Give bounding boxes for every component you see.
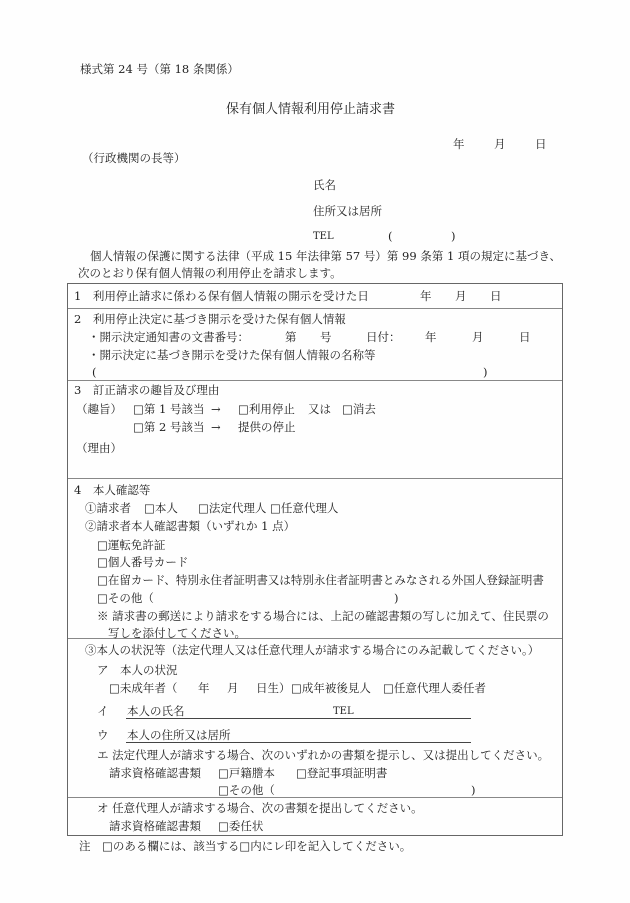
section4-label: 4 本人確認等 (74, 485, 150, 497)
id-doc-other-close: ) (394, 593, 399, 605)
power-of-attorney-checkbox[interactable]: □委任状 (218, 821, 263, 833)
requester-legal-agent-checkbox[interactable]: □法定代理人 (198, 503, 266, 515)
mail-note-line1: ※ 請求書の郵送により請求をする場合には、上記の確認書類の写しに加えて、住民票の (97, 611, 549, 623)
requester-self-checkbox[interactable]: □本人 (144, 503, 178, 515)
reason-label: （理由） (76, 443, 122, 455)
requester-address-label: 住所又は居所 (313, 206, 382, 218)
divider-e-o (68, 797, 562, 798)
voluntary-agent-docs-label: オ 任意代理人が請求する場合、次の書類を提出してください。 (97, 803, 423, 815)
requester-type-label: ①請求者 (85, 503, 131, 515)
section3-label: 3 訂正請求の趣旨及び理由 (74, 385, 219, 397)
legal-agent-docs-label: エ 法定代理人が請求する場合、次のいずれかの書類を提示し、又は提出してください。 (97, 750, 549, 762)
principal-address-marker: ウ (97, 730, 109, 742)
legal-agent-qual-docs-label: 請求資格確認書類 (109, 768, 201, 780)
option-erase-checkbox[interactable]: □消去 (342, 404, 376, 416)
id-doc-license-checkbox[interactable]: □運転免許証 (97, 540, 165, 552)
option-suspend-checkbox[interactable]: □利用停止 (238, 404, 295, 416)
footer-note: 注 □のある欄には、該当する□内にレ印を記入してください。 (79, 841, 411, 853)
arrow-icon: → (211, 422, 221, 434)
option-item1-checkbox[interactable]: □第 1 号該当 (133, 404, 205, 416)
requester-voluntary-agent-checkbox[interactable]: □任意代理人 (270, 503, 338, 515)
preamble-line2: 次のとおり保有個人情報の利用停止を請求します。 (78, 268, 342, 280)
divider-3-4 (68, 478, 562, 479)
option-item2-checkbox[interactable]: □第 2 号該当 (133, 422, 205, 434)
date-day-label: 日 (535, 139, 547, 151)
doc-number-dai: 第 (285, 332, 297, 344)
form-number: 様式第 24 号（第 18 条関係） (80, 64, 239, 76)
legal-other-checkbox[interactable]: □その他（ (218, 785, 275, 797)
family-register-checkbox[interactable]: □戸籍謄本 (218, 768, 275, 780)
delegator-checkbox[interactable]: □任意代理人委任者 (383, 683, 486, 695)
mail-note-line2: 写しを添付してください。 (108, 628, 246, 640)
date-month-label: 月 (494, 139, 506, 151)
adult-ward-checkbox[interactable]: □成年被後見人 (291, 683, 371, 695)
id-docs-label: ②請求者本人確認書類（いずれか 1 点） (85, 521, 295, 533)
requester-name-label: 氏名 (313, 180, 336, 192)
section1-month: 月 (455, 291, 467, 303)
page-title: 保有個人情報利用停止請求書 (226, 103, 395, 116)
purpose-label: （趣旨） (76, 404, 122, 416)
principal-tel-label: TEL (333, 707, 354, 717)
preamble-line1: 個人情報の保護に関する法律（平成 15 年法律第 57 号）第 99 条第 1 … (90, 251, 561, 263)
principal-status-a-label: ア 本人の状況 (97, 665, 178, 677)
date-year-label: 年 (453, 139, 465, 151)
section1-day: 日 (490, 291, 502, 303)
principal-name-field[interactable] (126, 718, 471, 719)
principal-address-label: 本人の住所又は居所 (127, 730, 231, 742)
doc-date-month: 月 (472, 332, 484, 344)
principal-status-label: ③本人の状況等（法定代理人又は任意代理人が請求する場合にのみ記載してください。） (85, 645, 539, 657)
requester-tel-label: TEL (313, 232, 334, 242)
doc-number-go: 号 (320, 332, 332, 344)
doc-number-label: ・開示決定通知書の文書番号： (88, 332, 249, 344)
info-name-paren-close: ) (483, 367, 488, 379)
divider-1-2 (68, 308, 562, 309)
principal-name-label: 本人の氏名 (127, 706, 185, 718)
section1-label: 1 利用停止請求に係わる保有個人情報の開示を受けた日 (74, 291, 369, 303)
addressee-label: （行政機関の長等） (82, 153, 186, 165)
minor-checkbox[interactable]: □未成年者（ (109, 683, 177, 695)
option2-result: 提供の停止 (238, 422, 296, 434)
principal-name-marker: イ (97, 706, 109, 718)
tel-paren-open: ( (388, 231, 393, 243)
section2-label: 2 利用停止決定に基づき開示を受けた保有個人情報 (74, 314, 346, 326)
minor-month: 月 (227, 683, 239, 695)
doc-date-day: 日 (519, 332, 531, 344)
id-doc-mynumber-checkbox[interactable]: □個人番号カード (97, 557, 188, 569)
section1-year: 年 (420, 291, 432, 303)
legal-other-close: ) (471, 785, 476, 797)
doc-date-year: 年 (425, 332, 437, 344)
id-doc-residence-card-checkbox[interactable]: □在留カード、特別永住者証明書又は特別永住者証明書とみなされる外国人登録証明書 (97, 575, 544, 587)
minor-year: 年 (198, 683, 210, 695)
arrow-icon: → (211, 404, 221, 416)
tel-paren-close: ) (451, 231, 456, 243)
principal-address-field[interactable] (126, 742, 471, 743)
divider-2-3 (68, 380, 562, 381)
info-name-label: ・開示決定に基づき開示を受けた保有個人情報の名称等 (88, 350, 376, 362)
voluntary-agent-qual-docs-label: 請求資格確認書類 (109, 821, 201, 833)
minor-day: 日生） (256, 683, 291, 695)
registry-cert-checkbox[interactable]: □登記事項証明書 (296, 768, 387, 780)
doc-date-label: 日付： (366, 332, 401, 344)
or-text: 又は (308, 404, 331, 416)
info-name-paren-open: ( (92, 367, 97, 379)
id-doc-other-checkbox[interactable]: □その他（ (97, 593, 154, 605)
